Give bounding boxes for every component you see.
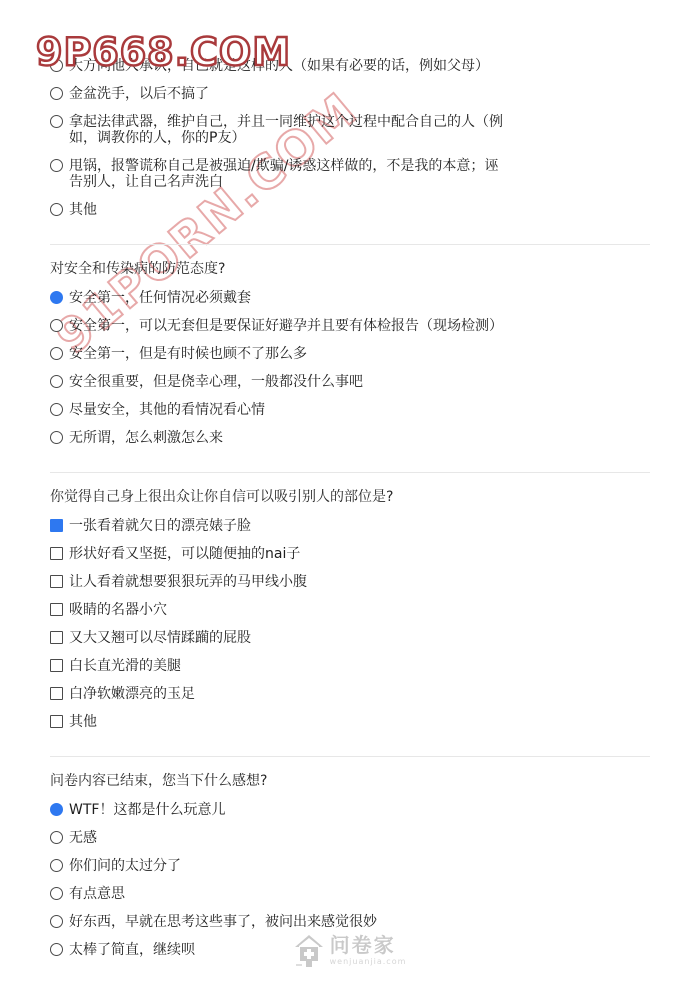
radio-option[interactable]: WTF！这都是什么玩意儿	[50, 802, 650, 818]
radio-icon[interactable]	[50, 431, 63, 444]
option-label: 无感	[69, 830, 97, 846]
radio-selected-icon[interactable]	[50, 291, 63, 304]
checkbox-option[interactable]: 形状好看又坚挺，可以随便抽的nai子	[50, 546, 650, 562]
radio-selected-icon[interactable]	[50, 803, 63, 816]
radio-option[interactable]: 有点意思	[50, 886, 650, 902]
radio-option[interactable]: 安全很重要，但是侥幸心理，一般都没什么事吧	[50, 374, 650, 390]
radio-option[interactable]: 你们问的太过分了	[50, 858, 650, 874]
radio-icon[interactable]	[50, 87, 63, 100]
question-section: 大方向他人承认，自己就是这样的人（如果有必要的话，例如父母）金盆洗手，以后不搞了…	[50, 58, 650, 245]
option-label: 金盆洗手，以后不搞了	[69, 86, 209, 102]
option-label: 一张看着就欠日的漂亮婊子脸	[69, 518, 251, 534]
radio-option[interactable]: 无所谓，怎么刺激怎么来	[50, 430, 650, 446]
option-label: 安全第一，可以无套但是要保证好避孕并且要有体检报告（现场检测）	[69, 318, 503, 334]
checkbox-icon[interactable]	[50, 631, 63, 644]
radio-icon[interactable]	[50, 887, 63, 900]
option-label: 形状好看又坚挺，可以随便抽的nai子	[69, 546, 300, 562]
radio-option[interactable]: 甩锅，报警谎称自己是被强迫/欺骗/诱惑这样做的，不是我的本意；诬告别人，让自己名…	[50, 158, 650, 190]
option-label: 好东西，早就在思考这些事了，被问出来感觉很妙	[69, 914, 377, 930]
question-section: 你觉得自己身上很出众让你自信可以吸引别人的部位是?一张看着就欠日的漂亮婊子脸形状…	[50, 473, 650, 757]
checkbox-selected-icon[interactable]	[50, 519, 63, 532]
checkbox-option[interactable]: 一张看着就欠日的漂亮婊子脸	[50, 518, 650, 534]
radio-icon[interactable]	[50, 115, 63, 128]
option-label: 白长直光滑的美腿	[69, 658, 181, 674]
option-label: 拿起法律武器，维护自己，并且一同维护这个过程中配合自己的人（例如，调教你的人，你…	[69, 114, 509, 146]
radio-icon[interactable]	[50, 347, 63, 360]
checkbox-icon[interactable]	[50, 603, 63, 616]
checkbox-option[interactable]: 白净软嫩漂亮的玉足	[50, 686, 650, 702]
option-label: 又大又翘可以尽情蹂躏的屁股	[69, 630, 251, 646]
radio-option[interactable]: 无感	[50, 830, 650, 846]
radio-icon[interactable]	[50, 59, 63, 72]
footer-domain-text: wenjuanjia.com	[330, 957, 407, 966]
option-label: 尽量安全，其他的看情况看心情	[69, 402, 265, 418]
checkbox-option[interactable]: 又大又翘可以尽情蹂躏的屁股	[50, 630, 650, 646]
radio-icon[interactable]	[50, 831, 63, 844]
checkbox-icon[interactable]	[50, 547, 63, 560]
wenjuanjia-logo[interactable]: 问卷家 wenjuanjia.com	[294, 934, 407, 972]
option-label: 让人看着就想要狠狠玩弄的马甲线小腹	[69, 574, 307, 590]
checkbox-icon[interactable]	[50, 687, 63, 700]
checkbox-option[interactable]: 白长直光滑的美腿	[50, 658, 650, 674]
radio-icon[interactable]	[50, 319, 63, 332]
survey-page: 9P668.COM 91PORN.COM 大方向他人承认，自己就是这样的人（如果…	[0, 0, 700, 991]
radio-option[interactable]: 拿起法律武器，维护自己，并且一同维护这个过程中配合自己的人（例如，调教你的人，你…	[50, 114, 650, 146]
radio-option[interactable]: 大方向他人承认，自己就是这样的人（如果有必要的话，例如父母）	[50, 58, 650, 74]
radio-icon[interactable]	[50, 159, 63, 172]
option-label: 安全很重要，但是侥幸心理，一般都没什么事吧	[69, 374, 363, 390]
question-title: 问卷内容已结束，您当下什么感想?	[50, 773, 650, 790]
radio-option[interactable]: 尽量安全，其他的看情况看心情	[50, 402, 650, 418]
option-label: 其他	[69, 202, 97, 218]
option-label: 吸睛的名器小穴	[69, 602, 167, 618]
radio-icon[interactable]	[50, 915, 63, 928]
footer-brand-text: 问卷家	[330, 934, 407, 956]
radio-option[interactable]: 其他	[50, 202, 650, 218]
question-title: 对安全和传染病的防范态度?	[50, 261, 650, 278]
checkbox-option[interactable]: 让人看着就想要狠狠玩弄的马甲线小腹	[50, 574, 650, 590]
option-label: 甩锅，报警谎称自己是被强迫/欺骗/诱惑这样做的，不是我的本意；诬告别人，让自己名…	[69, 158, 509, 190]
option-label: 安全第一，任何情况必须戴套	[69, 290, 251, 306]
checkbox-icon[interactable]	[50, 575, 63, 588]
question-title: 你觉得自己身上很出众让你自信可以吸引别人的部位是?	[50, 489, 650, 506]
house-icon	[294, 934, 330, 972]
checkbox-option[interactable]: 其他	[50, 714, 650, 730]
radio-option[interactable]: 安全第一，可以无套但是要保证好避孕并且要有体检报告（现场检测）	[50, 318, 650, 334]
option-label: 安全第一，但是有时候也顾不了那么多	[69, 346, 307, 362]
radio-option[interactable]: 好东西，早就在思考这些事了，被问出来感觉很妙	[50, 914, 650, 930]
radio-icon[interactable]	[50, 403, 63, 416]
option-label: 你们问的太过分了	[69, 858, 181, 874]
radio-option[interactable]: 安全第一，但是有时候也顾不了那么多	[50, 346, 650, 362]
question-section: 对安全和传染病的防范态度?安全第一，任何情况必须戴套安全第一，可以无套但是要保证…	[50, 245, 650, 473]
option-label: 大方向他人承认，自己就是这样的人（如果有必要的话，例如父母）	[69, 58, 489, 74]
footer: 问卷家 wenjuanjia.com	[0, 934, 700, 972]
checkbox-option[interactable]: 吸睛的名器小穴	[50, 602, 650, 618]
radio-icon[interactable]	[50, 375, 63, 388]
survey-form: 大方向他人承认，自己就是这样的人（如果有必要的话，例如父母）金盆洗手，以后不搞了…	[0, 0, 700, 984]
option-label: 有点意思	[69, 886, 125, 902]
checkbox-icon[interactable]	[50, 715, 63, 728]
radio-icon[interactable]	[50, 203, 63, 216]
radio-icon[interactable]	[50, 859, 63, 872]
option-label: 白净软嫩漂亮的玉足	[69, 686, 195, 702]
checkbox-icon[interactable]	[50, 659, 63, 672]
option-label: 其他	[69, 714, 97, 730]
radio-option[interactable]: 金盆洗手，以后不搞了	[50, 86, 650, 102]
option-label: WTF！这都是什么玩意儿	[69, 802, 225, 818]
option-label: 无所谓，怎么刺激怎么来	[69, 430, 223, 446]
radio-option[interactable]: 安全第一，任何情况必须戴套	[50, 290, 650, 306]
